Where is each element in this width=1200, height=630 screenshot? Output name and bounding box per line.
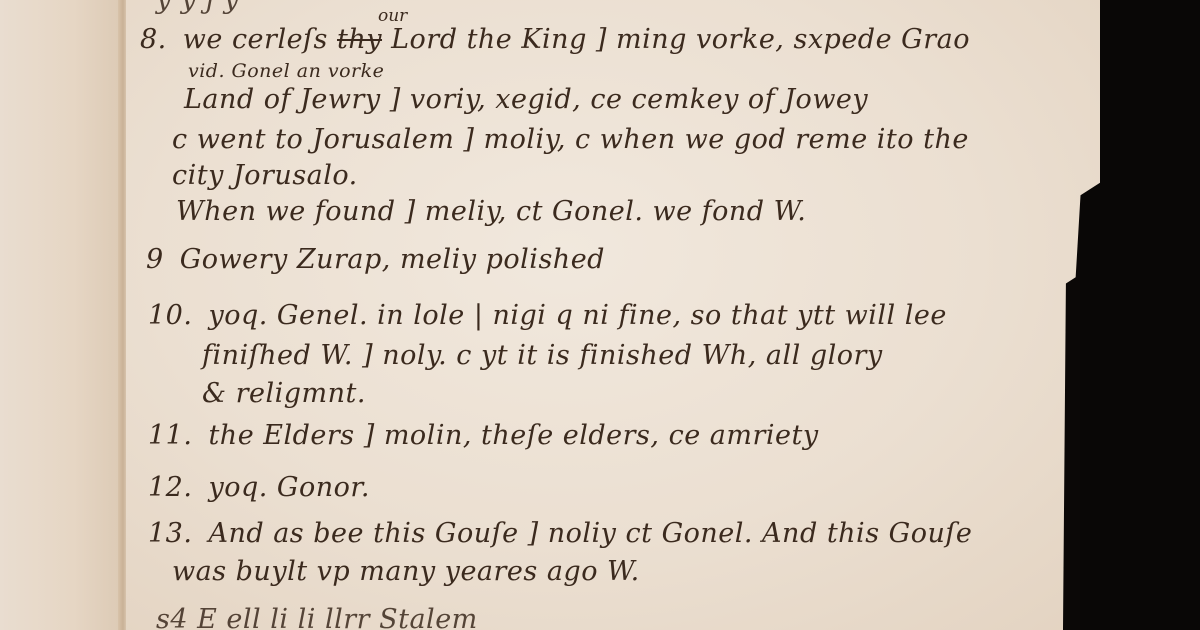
bottom-fragment: s4 E ell li li llrr Stalem xyxy=(156,604,478,630)
top-fragment: y y j y xyxy=(156,0,239,15)
entry-number: 11. xyxy=(148,420,192,451)
entry-8-line-4: c went to Jorusalem ] moliy, c when we g… xyxy=(172,124,969,155)
entry-12-line-1: 12.yoq. Gonor. xyxy=(148,472,370,503)
entry-number: 8. xyxy=(140,24,167,55)
entry-9-line-1: 9Gowery Zurap, meliy polished xyxy=(146,244,605,275)
supralinear-insertion: our xyxy=(378,6,407,26)
entry-number: 12. xyxy=(148,472,192,503)
entry-number: 13. xyxy=(148,518,192,549)
entry-number: 9 xyxy=(146,244,164,275)
left-page-edge xyxy=(0,0,122,630)
entry-13-line-1: 13.And as bee this Gouſe ] noliy ct Gone… xyxy=(148,518,972,549)
struck-word: thy xyxy=(337,24,382,55)
entry-8-line-1: 8.we cerleſs thy Lord the King ] ming vo… xyxy=(140,24,970,55)
entry-number: 10. xyxy=(148,300,192,331)
entry-8-line-3: Land of Jewry ] voriy, xegid, ce cemkey … xyxy=(184,84,868,115)
manuscript-page: y y j y 8.we cerleſs thy Lord the King ]… xyxy=(126,0,1100,630)
entry-10-line-1: 10.yoq. Genel. in lole | nigi q ni fine,… xyxy=(148,300,947,331)
entry-8-line-5: city Jorusalo. xyxy=(172,160,358,191)
entry-10-line-3: & religmnt. xyxy=(202,378,366,409)
entry-11-line-1: 11.the Elders ] molin, theſe elders, ce … xyxy=(148,420,819,451)
entry-10-line-2: finiſhed W. ] noly. c yt it is finished … xyxy=(202,340,883,371)
entry-8-line-2: vid. Gonel an vorke xyxy=(188,60,384,82)
entry-8-line-6: When we found ] meliy, ct Gonel. we fond… xyxy=(176,196,806,227)
entry-13-line-2: was buylt vp many yeares ago W. xyxy=(172,556,640,587)
